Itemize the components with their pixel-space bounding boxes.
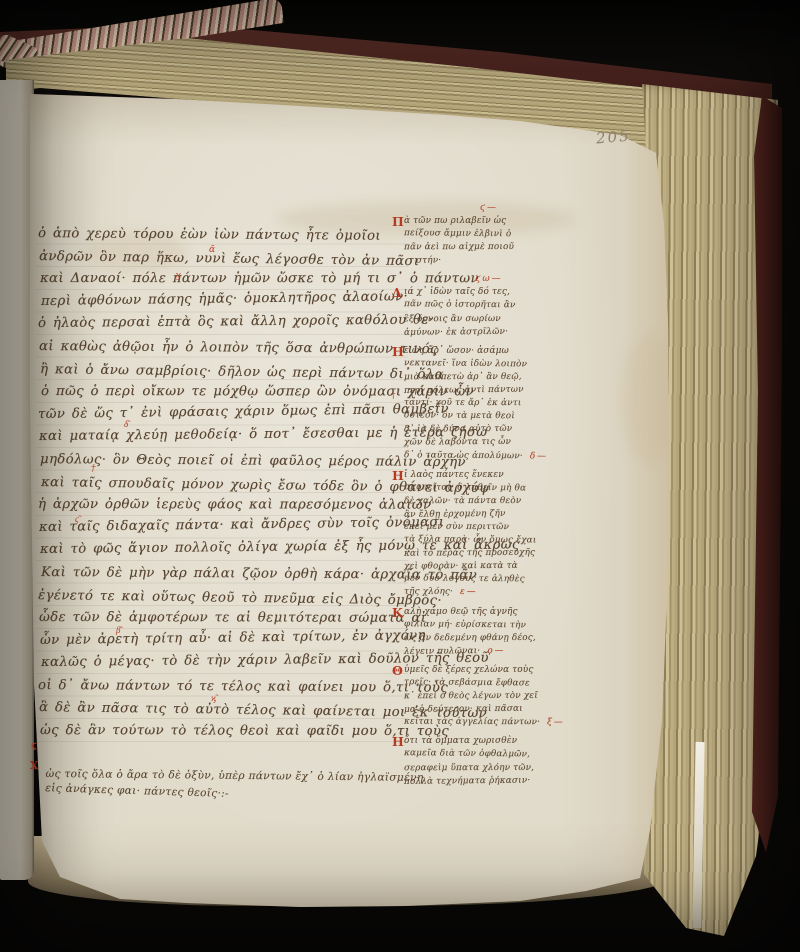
commentary-column: ϛ—Πὰ τῶν πω ριλαβεῖν ὡςπείξουσ ἄμμιν ἐλβ… [404,203,574,795]
rubric-initial: Π [392,214,404,229]
rubric-initial: Κ [392,605,403,620]
main-text-line: καὶ τὸ φῶς ἅγιον πολλοῖς ὀλίγα χωρία ἐξ … [40,539,406,565]
commentary-line: κεῖται τὰς ἀγγελίας πάντων·ξ— [404,717,574,731]
rubric-gloss-mark: ϛ [31,741,36,751]
commentary-line: σεραφεὶμ ὕπατα χλόην τῶν, [404,762,574,776]
commentary-line: αλὴ χάμο θεῷ τῆς ἁγνῆς [404,607,574,620]
rubric-initial: Η [392,344,404,359]
commentary-line: ἓξ ὄρνοις ἂν σωρίων [404,313,574,327]
main-text-line: καὶ ματαίᾳ χλεύῃ μεθοδείᾳ· ὅ ποτ᾽ ἔσεσθα… [39,426,405,452]
commentary-line: ἂν ἔλθῃ ἐρχομένη ζῆν [404,508,574,523]
main-text-block: ὁ ἀπὸ χερεὺ τόρου ἑὼν ἰὼν πάντως ἧτε ὁμο… [38,226,404,746]
rubric-initial: Θ [392,663,403,678]
rubric-section-mark: ϛω— [404,274,574,287]
commentary-line: ὡς ἂν δεδεμένη φθάνῃ δέος, [404,632,574,646]
commentary-line: ἐκεῖ μὲν σὺν περιττῶν [404,522,574,536]
folio-number: 205 [595,127,631,148]
rubric-initial: Δ [392,285,402,300]
commentary-line: ε ὡς ἄρ᾽ ὥσον· ἀσάμω [404,346,574,359]
rubric-end-mark: ξ— [547,718,565,728]
commentary-line: μιὰ καππετὼ ἀρ᾽ ἂν θεῷ, [404,372,574,386]
rubric-end-mark: ε— [460,587,478,597]
commentary-section: Η†ε ὡς ἄρ᾽ ὥσον· ἀσάμωνεκτανεῖ· ἵνα ἰδὼν… [404,346,574,464]
main-text-line: Καὶ τῶν δὲ μὴν γὰρ πάλαι ζῷον ὀρθὴ κάρα·… [41,565,407,590]
rubric-gloss-mark: ϛ͂ [75,514,79,525]
commentary-line: τρεῖς· τὰ σεβάσμια ἔφθασε [404,677,574,692]
main-text-line: οἱ δ᾽ ἄνω πάντων τό τε τέλος καὶ φαίνει … [38,678,404,703]
commentary-line: πᾶν πῶς ὁ ἱστορῆται ἂν [404,300,574,315]
commentary-line: στήν· [404,254,574,269]
commentary-section: Ηὅτι τὰ ὅμματα χωρισθὲνκαμεῖα διὰ τῶν ὀφ… [404,736,574,788]
rubric-gloss-mark: ϗ [175,271,181,281]
rubric-gloss-mark: ᾶ [209,245,215,255]
parchment-stain [496,916,646,952]
main-text-line: καλῶς ὁ μέγας· τὸ δὲ τὴν χάριν λαβεῖν κα… [41,652,407,678]
commentary-line: χῶν δὲ λαβόντα τις ὧν [404,437,574,451]
rubric-initial: Η [392,468,404,483]
commentary-line: καμεῖα διὰ τῶν ὀφθαλμῶν, [404,749,574,764]
rubric-initial: Χ [30,759,39,772]
commentary-section: Πὰ τῶν πω ριλαβεῖν ὡςπείξουσ ἄμμιν ἐλβιν… [404,216,574,268]
commentary-line: ἀμύνων· ἐκ ἀστρϊλῶν· [404,326,574,341]
commentary-line: δὲ χαλῶν· τὰ πάντα θεὸν [404,496,574,510]
commentary-section: Θὑμεῖς δὲ ξέρες χελώνα τοὺςτρεῖς· τὰ σεβ… [404,665,574,730]
commentary-line: πολλὰ τεχνήματα ῥήκασιν· [404,775,574,790]
main-text-line: ὡς δὲ ἂν τούτων τὸ τέλος θεοὶ καὶ φαῖδι … [40,723,406,746]
commentary-section: Διά χ᾽ ἰδὼν ταῖς δό τες,πᾶν πῶς ὁ ἱστορῆ… [404,287,574,339]
rubric-section-mark: ϛ— [404,203,574,216]
commentary-line: τῆς χλόης·ε— [404,587,574,601]
rubric-gloss-mark: ϗ͂ [211,693,216,704]
commentary-line: ἱ λαὸς πάντες ἕνεκεν [404,470,574,483]
commentary-line: κ᾽ ἐπεὶ ὁ θεὸς λέγων τὸν χεῖ [404,691,574,705]
rubric-gloss-mark: β͂ [116,625,120,636]
rubric-end-mark: ϙ— [487,646,505,656]
rubric-margin-mark: † [391,391,396,401]
commentary-line: σκοπεῖται· ὃ λαθεῖν μὴ θα [404,482,574,497]
main-text-line: αἰ καθὼς ἀθῷοι ἦν ὁ λοιπὸν τῆς ὅσα ἀνθρώ… [39,339,405,364]
commentary-line: πείξουσ ἄμμιν ἐλβινὶ ὁ [404,228,574,243]
rubric-gloss-mark: δ͂ [124,419,128,430]
commentary-line: νεκτανεῖ· ἵνα ἰδὼν λοιπὸν [404,358,574,373]
commentary-line: δ᾽ ὁ ταῦτα ὡς ἀπολύμων·δ— [404,450,574,465]
commentary-line: φιλίαν μή· εὑρίσκεται τὴν [404,619,574,634]
commentary-section: Καλὴ χάμο θεῷ τῆς ἁγνῆςφιλίαν μή· εὑρίσκ… [404,607,574,659]
facing-page-sliver [0,80,34,880]
main-text-line: ὁ ἀπὸ χερεὺ τόρου ἑὼν ἰὼν πάντως ἧτε ὁμο… [38,226,404,251]
rubric-end-mark: δ— [530,451,548,461]
rubric-initial: Η [392,734,404,749]
commentary-line: λέγειν πυλῶναι·ϙ— [404,645,574,660]
commentary-line: ὑμεῖς δὲ ξέρες χελώνα τοὺς [404,665,574,678]
commentary-line: ὰ τῶν πω ριλαβεῖν ὡς [404,216,574,229]
rubric-gloss-mark: † [91,464,96,474]
manuscript-photo: 205 ὁ ἀπὸ χερεὺ τόρου ἑὼν ἰὼν πάντως ἧτε… [0,0,800,952]
main-text-line: ὁ ἠλαὸς περσαὶ ἑπτὰ ὃς καὶ ἄλλη χοροῖς κ… [38,313,404,339]
commentary-section: Ηἱ λαὸς πάντες ἕνεκενσκοπεῖται· ὃ λαθεῖν… [404,470,574,601]
